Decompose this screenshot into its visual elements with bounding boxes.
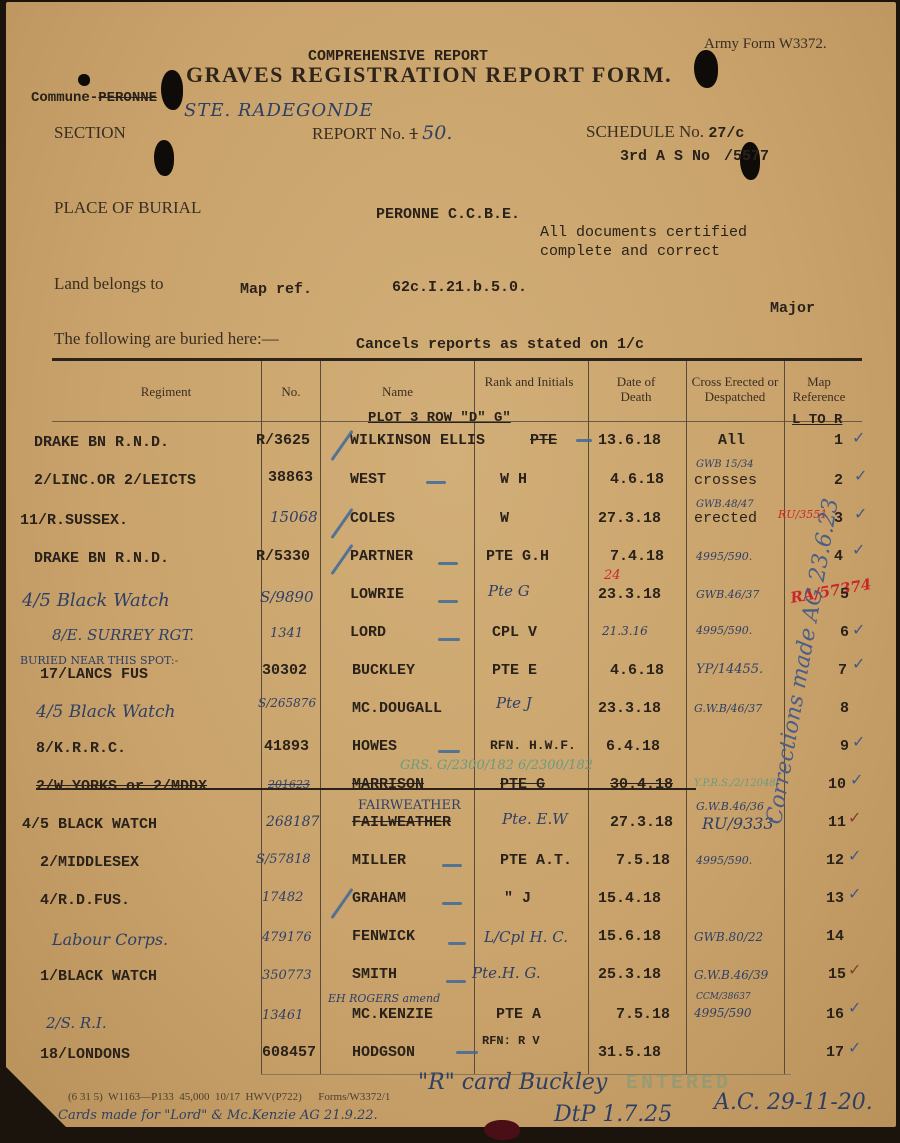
report-handwritten: 50. bbox=[422, 122, 452, 144]
regiment-cell: DRAKE BN R.N.D. bbox=[34, 550, 169, 567]
col-divider bbox=[588, 361, 589, 1074]
date-cell: 15.6.18 bbox=[598, 928, 661, 945]
form-page: Army Form W3372. COMPREHENSIVE REPORT GR… bbox=[6, 2, 896, 1127]
name-cell: COLES bbox=[350, 510, 395, 527]
name-cell: LOWRIE bbox=[350, 586, 404, 603]
cross-handnote: GWB 15/34 bbox=[696, 459, 754, 470]
signatory-rank: Major bbox=[770, 300, 815, 317]
map-heading: L TO R bbox=[792, 412, 842, 428]
name-cell: WEST bbox=[350, 471, 386, 488]
col-divider bbox=[686, 361, 687, 1074]
regiment-cell: 8/E. SURREY RGT. bbox=[52, 626, 194, 644]
mapref-cell: 10 bbox=[828, 776, 846, 793]
date-cell: 7.4.18 bbox=[610, 548, 664, 565]
date-cell: 6.4.18 bbox=[606, 738, 660, 755]
mapref-cell: 9 bbox=[840, 738, 849, 755]
date-cell: 23.3.18 bbox=[598, 586, 661, 603]
mapref-cell: 11 bbox=[828, 814, 846, 831]
commune-field: Commune-PERONNE bbox=[31, 90, 157, 106]
rank-cell: RFN. H.W.F. bbox=[490, 738, 576, 753]
name-cell: MARRISON bbox=[352, 776, 424, 793]
mapref-cell: 5 bbox=[840, 586, 849, 603]
punch-hole bbox=[154, 140, 174, 176]
number-cell: 38863 bbox=[268, 469, 313, 486]
regiment-cell: 8/K.R.R.C. bbox=[36, 740, 126, 757]
regiment-cell: DRAKE BN R.N.D. bbox=[34, 434, 169, 451]
name-correction: FAIRWEATHER bbox=[358, 798, 461, 813]
date-cell: 4.6.18 bbox=[610, 471, 664, 488]
date-cell: 25.3.18 bbox=[598, 966, 661, 983]
name-cell: SMITH bbox=[352, 966, 397, 983]
r-card-note: "R" card Buckley bbox=[418, 1070, 607, 1095]
mapref-cell: 6 bbox=[840, 624, 849, 641]
name-cell: GRAHAM bbox=[352, 890, 406, 907]
cross-cell: 4995/590. bbox=[696, 854, 752, 867]
cross-cell: All bbox=[718, 432, 745, 449]
col-header-regiment: Regiment bbox=[86, 384, 246, 399]
cross-cell: crosses bbox=[694, 472, 757, 489]
rank-cell: W bbox=[500, 510, 509, 527]
rank-cell: PTE A.T. bbox=[500, 852, 572, 869]
signoff-note: DtP 1.7.25 bbox=[554, 1102, 672, 1127]
cross-cell: GWB.80/22 bbox=[694, 930, 763, 944]
rank-cell: Pte. E.W bbox=[502, 810, 568, 828]
pen-dash bbox=[442, 902, 462, 905]
number-cell: 30302 bbox=[262, 662, 307, 679]
number-cell: R/5330 bbox=[256, 548, 310, 565]
pen-dash bbox=[448, 942, 466, 945]
name-cell: MC.KENZIE bbox=[352, 1006, 433, 1023]
burial-label: PLACE OF BURIAL bbox=[54, 198, 201, 218]
section-label: SECTION bbox=[54, 123, 126, 143]
col-header-mapref: Map Reference bbox=[788, 374, 850, 404]
date-correction: 24 bbox=[604, 568, 621, 583]
date-cell: 7.5.18 bbox=[616, 1006, 670, 1023]
check-icon: ✓ bbox=[852, 732, 865, 751]
check-icon: ✓ bbox=[852, 654, 865, 673]
check-icon: ✓ bbox=[848, 960, 861, 979]
col-header-rank: Rank and Initials bbox=[484, 374, 574, 389]
date-cell: 13.6.18 bbox=[598, 432, 661, 449]
date-cell: 23.3.18 bbox=[598, 700, 661, 717]
regiment-cell: 2/S. R.I. bbox=[46, 1014, 107, 1032]
rank-cell: W H bbox=[500, 471, 527, 488]
check-icon: ✓ bbox=[848, 846, 861, 865]
regiment-cell: 18/LONDONS bbox=[40, 1046, 130, 1063]
name-cell: FENWICK bbox=[352, 928, 415, 945]
cross-handnote: CCM/38637 bbox=[696, 992, 751, 1002]
check-icon: ✓ bbox=[852, 540, 865, 559]
punch-hole bbox=[694, 50, 718, 88]
schedule-field: SCHEDULE No. 27/c bbox=[586, 122, 744, 142]
check-icon: ✓ bbox=[848, 1038, 861, 1057]
rank-cell: PTE bbox=[530, 432, 557, 449]
rank-cell: PTE E bbox=[492, 662, 537, 679]
check-icon: ✓ bbox=[854, 504, 867, 523]
name-cell: PARTNER bbox=[350, 548, 413, 565]
strike-line bbox=[36, 788, 696, 790]
check-icon: ✓ bbox=[852, 620, 865, 639]
check-icon: ✓ bbox=[848, 998, 861, 1017]
pen-dash bbox=[446, 980, 466, 983]
name-cell: MILLER bbox=[352, 852, 406, 869]
check-icon: ✓ bbox=[848, 884, 861, 903]
punch-hole bbox=[78, 74, 90, 86]
report-struck: 1 bbox=[409, 124, 418, 143]
rank-cell: PTE G bbox=[500, 776, 545, 793]
date-cell: 31.5.18 bbox=[598, 1044, 661, 1061]
cross-handnote: GWB.48/47 bbox=[696, 499, 754, 510]
number-cell: R/3625 bbox=[256, 432, 310, 449]
mapref-cell: 14 bbox=[826, 928, 844, 945]
rank-cell: Pte.H. G. bbox=[472, 964, 541, 982]
cross-cell: 4995/590. bbox=[696, 624, 752, 637]
as-label: 3rd A S No bbox=[620, 148, 710, 165]
report-label: REPORT No. bbox=[312, 124, 405, 143]
ac-date-note: A.C. 29-11-20. bbox=[714, 1090, 873, 1115]
report-field: REPORT No. 1 50. bbox=[312, 122, 452, 144]
number-cell: 479176 bbox=[262, 930, 312, 945]
name-cell: LORD bbox=[350, 624, 386, 641]
check-icon: ✓ bbox=[852, 428, 865, 447]
regiment-cell: 17/LANCS FUS bbox=[40, 666, 148, 683]
cross-cell: 4995/590 bbox=[694, 1006, 752, 1020]
col-header-date: Date of Death bbox=[606, 374, 666, 404]
commune-struck: PERONNE bbox=[98, 90, 157, 106]
number-cell: S/57818 bbox=[256, 852, 311, 867]
rank-cell: Pte J bbox=[496, 694, 532, 712]
mapref-cell: 13 bbox=[826, 890, 844, 907]
cross-cell: erected bbox=[694, 510, 757, 527]
rank-cell: RFN: R V bbox=[482, 1034, 540, 1048]
name-cell: MC.DOUGALL bbox=[352, 700, 442, 717]
regiment-cell: 11/R.SUSSEX. bbox=[20, 512, 128, 529]
burial-value: PERONNE C.C.B.E. bbox=[376, 206, 520, 223]
check-icon: ✓ bbox=[854, 466, 867, 485]
name-cell: HODGSON bbox=[352, 1044, 415, 1061]
rank-cell: " J bbox=[504, 890, 531, 907]
form-id: Army Form W3372. bbox=[704, 36, 827, 53]
regiment-cell: 4/5 Black Watch bbox=[22, 590, 170, 611]
date-cell: 27.3.18 bbox=[610, 814, 673, 831]
table-top-rule bbox=[52, 358, 862, 361]
regiment-cell: 2/W.YORKS or 2/MDDX bbox=[36, 778, 207, 795]
schedule-value: 27/c bbox=[708, 125, 744, 142]
rank-cell: CPL V bbox=[492, 624, 537, 641]
cards-made-note: Cards made for "Lord" & Mc.Kenzie AG 21.… bbox=[58, 1108, 378, 1123]
date-cell: 27.3.18 bbox=[598, 510, 661, 527]
as-value: /5577 bbox=[724, 148, 769, 165]
cross-cell: G.W.B.46/39 bbox=[694, 968, 768, 982]
mapref-cell: 1 bbox=[834, 432, 843, 449]
number-cell: 350773 bbox=[262, 968, 312, 983]
date-cell: 21.3.16 bbox=[602, 624, 648, 638]
mapref-cell: 4 bbox=[834, 548, 843, 565]
pen-dash bbox=[438, 600, 458, 603]
punch-hole bbox=[161, 70, 183, 110]
rank-cell: L/Cpl H. C. bbox=[484, 928, 568, 946]
mapref-cell: 16 bbox=[826, 1006, 844, 1023]
print-code: (6 31 5) W1163—P133 45,000 10/17 HWV(P72… bbox=[68, 1091, 390, 1103]
regiment-cell: Labour Corps. bbox=[52, 930, 168, 949]
commune-handwritten: STE. RADEGONDE bbox=[184, 100, 374, 121]
pen-stroke bbox=[330, 888, 353, 919]
ink-stain bbox=[484, 1120, 520, 1140]
date-cell: 30.4.18 bbox=[610, 776, 673, 793]
date-cell: 7.5.18 bbox=[616, 852, 670, 869]
mapref-label: Map ref. bbox=[240, 281, 312, 298]
certified-line-2: complete and correct bbox=[540, 243, 720, 260]
cross-cell: Y.P.R.S./2/12048 bbox=[694, 778, 776, 789]
buried-label: The following are buried here:— bbox=[54, 329, 279, 349]
name-cell: WILKINSON ELLIS bbox=[350, 432, 485, 449]
pen-dash bbox=[438, 638, 460, 641]
rank-cell: Pte G bbox=[488, 582, 530, 600]
plot-heading: PLOT 3 ROW "D" G" bbox=[368, 410, 511, 426]
name-cell: FAILWEATHER bbox=[352, 814, 451, 831]
number-cell: 17482 bbox=[262, 890, 303, 905]
cross-cell: 4995/590. bbox=[696, 550, 752, 563]
cross-cell: G.W.B/46/37 bbox=[694, 702, 762, 715]
number-cell: S/9890 bbox=[260, 588, 314, 606]
mapref-cell: 8 bbox=[840, 700, 849, 717]
pen-dash bbox=[426, 481, 446, 484]
certified-line-1: All documents certified bbox=[540, 224, 747, 241]
cross-cell: YP/14455. bbox=[696, 662, 763, 677]
mapref-cell: 12 bbox=[826, 852, 844, 869]
cross-cell: GWB.46/37 bbox=[696, 588, 759, 601]
name-cell: BUCKLEY bbox=[352, 662, 415, 679]
regiment-cell: 4/5 Black Watch bbox=[36, 702, 176, 722]
number-cell: S/265876 bbox=[258, 696, 316, 710]
page-title: GRAVES REGISTRATION REPORT FORM. bbox=[186, 62, 672, 88]
number-cell: 608457 bbox=[262, 1044, 316, 1061]
row-note: EH ROGERS amend bbox=[328, 992, 440, 1005]
date-cell: 15.4.18 bbox=[598, 890, 661, 907]
pen-dash bbox=[442, 864, 462, 867]
regiment-cell: 4/R.D.FUS. bbox=[40, 892, 130, 909]
mapref-cell: 2 bbox=[834, 472, 843, 489]
regiment-cell: 2/LINC.OR 2/LEICTS bbox=[34, 472, 196, 489]
rank-cell: PTE A bbox=[496, 1006, 541, 1023]
regiment-cell: 4/5 BLACK WATCH bbox=[22, 816, 157, 833]
check-icon: ✓ bbox=[850, 770, 863, 789]
regiment-cell: 2/MIDDLESEX bbox=[40, 854, 139, 871]
pen-dash bbox=[438, 750, 460, 753]
number-cell: 268187 bbox=[266, 814, 319, 830]
date-cell: 4.6.18 bbox=[610, 662, 664, 679]
mapref-value: 62c.I.21.b.5.0. bbox=[392, 279, 527, 296]
land-label: Land belongs to bbox=[54, 274, 164, 294]
pen-dash bbox=[438, 562, 458, 565]
pen-dash bbox=[456, 1051, 478, 1054]
torn-corner bbox=[6, 1067, 66, 1127]
col-header-no: No. bbox=[262, 384, 320, 399]
number-cell: 13461 bbox=[262, 1008, 303, 1023]
mapref-cell: 15 bbox=[828, 966, 846, 983]
pen-dash bbox=[576, 439, 592, 442]
row-note: GRS. G/2300/182 6/2300/182 bbox=[400, 758, 593, 773]
number-cell: 15068 bbox=[270, 508, 318, 526]
col-divider bbox=[320, 361, 321, 1074]
schedule-label: SCHEDULE No. bbox=[586, 122, 704, 141]
col-header-cross: Cross Erected or Despatched bbox=[687, 374, 783, 404]
mapref-cell: 7 bbox=[838, 662, 847, 679]
rank-cell: PTE G.H bbox=[486, 548, 549, 565]
regiment-cell: 1/BLACK WATCH bbox=[40, 968, 157, 985]
number-cell: 41893 bbox=[264, 738, 309, 755]
cross-handnote: G.W.B.46/36 bbox=[696, 800, 764, 813]
mapref-cell: 17 bbox=[826, 1044, 844, 1061]
number-cell: 1341 bbox=[270, 626, 303, 641]
commune-label: Commune- bbox=[31, 90, 98, 106]
check-icon: ✓ bbox=[848, 808, 861, 827]
as-field: 3rd A S No/5577 bbox=[620, 148, 769, 165]
col-header-name: Name bbox=[321, 384, 474, 399]
cancels-note: Cancels reports as stated on 1/c bbox=[356, 336, 644, 353]
name-cell: HOWES bbox=[352, 738, 397, 755]
